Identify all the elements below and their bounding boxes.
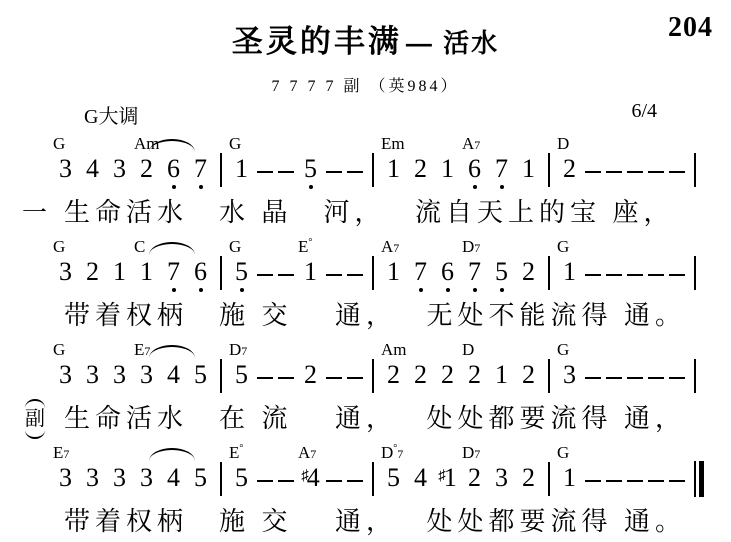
note: D2 xyxy=(556,135,583,191)
chord-label: G xyxy=(557,444,569,461)
note: 3 xyxy=(106,341,133,397)
note-number: 3 xyxy=(113,465,126,500)
note-number: 3 xyxy=(59,156,72,191)
barline xyxy=(220,153,222,187)
note-number: 4 xyxy=(86,156,99,191)
note: 7 xyxy=(160,238,187,294)
note: ♯1 xyxy=(434,444,461,500)
note: 5 xyxy=(297,135,324,191)
note: E73 xyxy=(133,341,160,397)
note: 4 xyxy=(407,444,434,500)
note: G1 xyxy=(228,135,255,191)
chord-label: G xyxy=(53,135,65,152)
chord-label: G xyxy=(229,135,241,152)
note-number: 3 xyxy=(495,465,508,500)
low-octave-dot xyxy=(199,185,203,189)
note: 6 xyxy=(434,238,461,294)
sharp-sign: ♯ xyxy=(438,468,446,484)
note: 4 xyxy=(79,135,106,191)
music-line: G333E7345D752Am222D212G3 xyxy=(52,341,731,397)
chord-label: E7 xyxy=(53,444,69,461)
barline xyxy=(548,359,550,393)
chord-label: D7 xyxy=(462,238,480,255)
note: D°75 xyxy=(380,444,407,500)
note: E°5 xyxy=(228,444,255,500)
duration-dash xyxy=(324,341,345,397)
note: 1 xyxy=(515,135,542,191)
chord-label: Em xyxy=(381,135,405,152)
music-line: G343Am267G15Em121A7671D2 xyxy=(52,135,731,191)
meter-text: 7 7 7 7 副 （英984） xyxy=(0,73,731,96)
note-number: 4 xyxy=(167,362,180,397)
note: C1 xyxy=(133,238,160,294)
bracket-arc-bottom xyxy=(25,430,45,439)
note-number: 3 xyxy=(86,362,99,397)
note: 3 xyxy=(488,444,515,500)
note: G3 xyxy=(556,341,583,397)
barline xyxy=(548,256,550,290)
note-number: 2 xyxy=(468,362,481,397)
note: Am2 xyxy=(133,135,160,191)
music-line: G321C176G5E°1A7176D7752G1 xyxy=(52,238,731,294)
note-number: 1 xyxy=(235,156,248,191)
lyric-text: 生命活水 在 流 通， 处处都要流得 通， xyxy=(64,406,686,432)
note-number: 3 xyxy=(563,362,576,397)
note: 2 xyxy=(434,341,461,397)
key-row: G大调 6/4 xyxy=(0,96,731,129)
chord-label: G xyxy=(229,238,241,255)
note: 1 xyxy=(434,135,461,191)
note-number: 3 xyxy=(86,465,99,500)
duration-dash xyxy=(276,238,297,294)
note: 4 xyxy=(160,341,187,397)
time-signature: 6/4 xyxy=(631,100,657,129)
barline xyxy=(220,462,222,496)
duration-dash xyxy=(276,135,297,191)
note: A71 xyxy=(380,238,407,294)
note: E°1 xyxy=(297,238,324,294)
chord-label: Am xyxy=(381,341,407,358)
note: G3 xyxy=(52,238,79,294)
hymn-sheet-page: 204 圣灵的丰满 — 活水 7 7 7 7 副 （英984） G大调 6/4 … xyxy=(0,0,731,542)
duration-dash xyxy=(646,341,667,397)
duration-dash xyxy=(324,444,345,500)
duration-dash xyxy=(324,238,345,294)
hymn-title-main: 圣灵的丰满 xyxy=(232,24,402,59)
barline xyxy=(694,153,696,187)
bracket-arc-top xyxy=(25,399,45,408)
chord-label: E° xyxy=(298,238,312,255)
low-octave-dot xyxy=(446,288,450,292)
low-octave-dot xyxy=(419,288,423,292)
low-octave-dot xyxy=(500,288,504,292)
note-number: 3 xyxy=(59,259,72,294)
duration-dash xyxy=(625,238,646,294)
note: A7♯4 xyxy=(297,444,324,500)
note-number: 1 xyxy=(495,362,508,397)
note-number: 1 xyxy=(387,259,400,294)
duration-dash xyxy=(625,341,646,397)
chord-label: D7 xyxy=(229,341,247,358)
note-number: 1 xyxy=(563,259,576,294)
lyric-line: 带着权柄 施 交 通， 处处都要流得 通。 xyxy=(22,502,731,542)
note: 3 xyxy=(106,135,133,191)
duration-dash xyxy=(345,238,366,294)
note-number: 2 xyxy=(522,465,535,500)
note: D75 xyxy=(228,341,255,397)
duration-dash xyxy=(583,341,604,397)
barline xyxy=(548,153,550,187)
note: 3 xyxy=(79,444,106,500)
duration-dash xyxy=(324,135,345,191)
note-number: 4 xyxy=(167,465,180,500)
barline xyxy=(694,256,696,290)
barline xyxy=(220,256,222,290)
chord-label: A7 xyxy=(462,135,480,152)
note-number: 2 xyxy=(468,465,481,500)
duration-dash xyxy=(604,341,625,397)
lyric-text: 生命活水 水 晶 河， 流自天上的宝 座， xyxy=(64,200,675,226)
note: G1 xyxy=(556,238,583,294)
duration-dash xyxy=(345,341,366,397)
note: 1 xyxy=(106,238,133,294)
music-line: E7333345E°5A7♯4D°754♯1D7232G1 xyxy=(52,444,731,500)
note: 5 xyxy=(187,444,214,500)
low-octave-dot xyxy=(309,185,313,189)
note: 4 xyxy=(160,444,187,500)
lyric-line: 副生命活水 在 流 通， 处处都要流得 通， xyxy=(22,399,731,439)
duration-dash xyxy=(646,444,667,500)
note-number: 5 xyxy=(387,465,400,500)
note-number: 2 xyxy=(414,362,427,397)
note: 2 xyxy=(407,341,434,397)
duration-dash xyxy=(255,135,276,191)
note-number: 3 xyxy=(113,362,126,397)
barline xyxy=(548,462,550,496)
verse-marker-char: 副 xyxy=(25,408,45,430)
duration-dash xyxy=(583,135,604,191)
note-number: 2 xyxy=(86,259,99,294)
duration-dash xyxy=(583,444,604,500)
note: 2 xyxy=(297,341,324,397)
note-number: 1 xyxy=(522,156,535,191)
note-number: 5 xyxy=(194,362,207,397)
chord-label: E° xyxy=(229,444,243,461)
duration-dash xyxy=(646,135,667,191)
note-number: 3 xyxy=(113,156,126,191)
low-octave-dot xyxy=(172,185,176,189)
note: E73 xyxy=(52,444,79,500)
note-number: ♯4 xyxy=(301,465,320,500)
note-number: 1 xyxy=(304,259,317,294)
note: Em1 xyxy=(380,135,407,191)
note: 5 xyxy=(187,341,214,397)
note: 2 xyxy=(79,238,106,294)
note-number: 5 xyxy=(194,465,207,500)
note-number: ♯1 xyxy=(438,465,457,500)
chord-label: A7 xyxy=(381,238,399,255)
duration-dash xyxy=(667,341,688,397)
note: Am2 xyxy=(380,341,407,397)
note: 7 xyxy=(407,238,434,294)
chord-label: D xyxy=(557,135,569,152)
note-number: 2 xyxy=(414,156,427,191)
note: 2 xyxy=(407,135,434,191)
note: 3 xyxy=(79,341,106,397)
note: D2 xyxy=(461,341,488,397)
note-number: 3 xyxy=(59,362,72,397)
barline xyxy=(372,462,374,496)
lyric-text: 带着权柄 施 交 通， 无处不能流得 通。 xyxy=(64,303,686,329)
duration-dash xyxy=(667,444,688,500)
low-octave-dot xyxy=(240,288,244,292)
duration-dash xyxy=(625,135,646,191)
hymn-title: 圣灵的丰满 — 活水 xyxy=(0,0,731,61)
note-number: 1 xyxy=(140,259,153,294)
chord-label: G xyxy=(53,341,65,358)
duration-dash xyxy=(345,135,366,191)
low-octave-dot xyxy=(473,185,477,189)
chord-label: C xyxy=(134,238,145,255)
note: 2 xyxy=(515,238,542,294)
note: 3 xyxy=(106,444,133,500)
note-number: 2 xyxy=(140,156,153,191)
note-number: 2 xyxy=(522,259,535,294)
note: 7 xyxy=(187,135,214,191)
final-barline xyxy=(694,461,704,497)
barline xyxy=(372,256,374,290)
lyric-line: 一生命活水 水 晶 河， 流自天上的宝 座， xyxy=(22,193,731,233)
verse-marker: 副 xyxy=(22,399,64,439)
note-number: 2 xyxy=(522,362,535,397)
note: G5 xyxy=(228,238,255,294)
duration-dash xyxy=(255,238,276,294)
duration-dash xyxy=(604,238,625,294)
music-systems: G343Am267G15Em121A7671D2一生命活水 水 晶 河， 流自天… xyxy=(0,135,731,542)
note-number: 3 xyxy=(59,465,72,500)
duration-dash xyxy=(667,135,688,191)
note: D72 xyxy=(461,444,488,500)
duration-dash xyxy=(604,135,625,191)
verse-marker: 一 xyxy=(22,201,64,226)
note: 5 xyxy=(488,238,515,294)
chord-label: E7 xyxy=(134,341,150,358)
note-number: 5 xyxy=(235,362,248,397)
note: G3 xyxy=(52,135,79,191)
lyric-text: 带着权柄 施 交 通， 处处都要流得 通。 xyxy=(64,509,686,535)
duration-dash xyxy=(625,444,646,500)
note-number: 3 xyxy=(140,362,153,397)
chord-label: G xyxy=(557,341,569,358)
key-signature: G大调 xyxy=(84,100,138,129)
low-octave-dot xyxy=(172,288,176,292)
barline xyxy=(694,359,696,393)
chord-label: D7 xyxy=(462,444,480,461)
low-octave-dot xyxy=(500,185,504,189)
chord-label: G xyxy=(53,238,65,255)
note-number: 4 xyxy=(414,465,427,500)
note-number: 1 xyxy=(387,156,400,191)
note: 7 xyxy=(488,135,515,191)
note: G1 xyxy=(556,444,583,500)
note: D77 xyxy=(461,238,488,294)
note-number: 2 xyxy=(563,156,576,191)
note: 6 xyxy=(160,135,187,191)
note-number: 2 xyxy=(387,362,400,397)
lyric-line: 带着权柄 施 交 通， 无处不能流得 通。 xyxy=(22,296,731,336)
low-octave-dot xyxy=(473,288,477,292)
note-number: 2 xyxy=(441,362,454,397)
note: 2 xyxy=(515,341,542,397)
barline xyxy=(372,153,374,187)
duration-dash xyxy=(646,238,667,294)
duration-dash xyxy=(583,238,604,294)
page-number: 204 xyxy=(668,12,713,44)
note-number: 2 xyxy=(304,362,317,397)
note-number: 1 xyxy=(563,465,576,500)
duration-dash xyxy=(276,341,297,397)
note-number: 5 xyxy=(235,465,248,500)
duration-dash xyxy=(255,341,276,397)
note: A76 xyxy=(461,135,488,191)
note: 3 xyxy=(133,444,160,500)
duration-dash xyxy=(276,444,297,500)
duration-dash xyxy=(345,444,366,500)
chord-label: A7 xyxy=(298,444,316,461)
note-number: 1 xyxy=(113,259,126,294)
note: 6 xyxy=(187,238,214,294)
barline xyxy=(220,359,222,393)
note-number: 3 xyxy=(140,465,153,500)
note: 2 xyxy=(515,444,542,500)
duration-dash xyxy=(604,444,625,500)
chord-label: G xyxy=(557,238,569,255)
duration-dash xyxy=(667,238,688,294)
bracketed-marker: 副 xyxy=(22,399,48,439)
note: G3 xyxy=(52,341,79,397)
barline xyxy=(372,359,374,393)
duration-dash xyxy=(255,444,276,500)
note-number: 1 xyxy=(441,156,454,191)
sharp-sign: ♯ xyxy=(301,468,309,484)
low-octave-dot xyxy=(199,288,203,292)
chord-label: D°7 xyxy=(381,444,403,461)
note: 1 xyxy=(488,341,515,397)
hymn-title-subtitle: — 活水 xyxy=(406,28,499,58)
chord-label: D xyxy=(462,341,474,358)
